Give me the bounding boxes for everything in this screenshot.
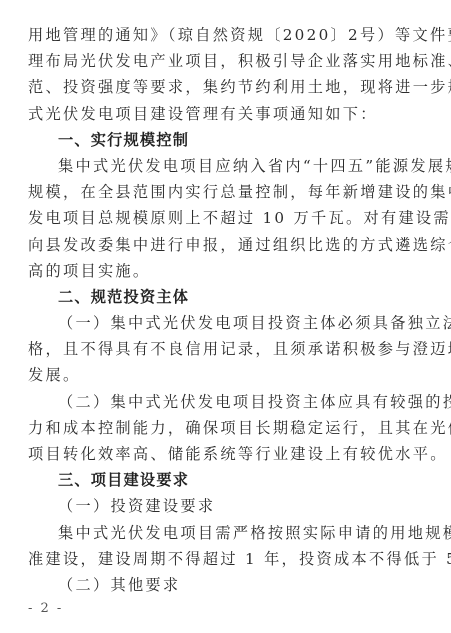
paragraph-line: 式光伏发电项目建设管理有关事项通知如下： xyxy=(28,101,423,127)
document-body: 用地管理的通知》（琼自然资规〔2020〕2号）等文件要求，合 理布局光伏发电产业… xyxy=(28,22,423,598)
subsection-heading: （一）投资建设要求 xyxy=(28,493,423,519)
paragraph-line: 范、投资强度等要求，集约节约利用土地，现将进一步规范集中 xyxy=(28,74,423,100)
paragraph-line: 理布局光伏发电产业项目，积极引导企业落实用地标准、技术规 xyxy=(28,48,423,74)
paragraph-line: 准建设，建设周期不得超过 1 年，投资成本不得低于 5 元/瓦。 xyxy=(28,546,423,572)
paragraph-line: 向县发改委集中进行申报，通过组织比选的方式遴选综合评价最 xyxy=(28,232,423,258)
document-page: 用地管理的通知》（琼自然资规〔2020〕2号）等文件要求，合 理布局光伏发电产业… xyxy=(0,0,451,633)
paragraph-line: 集中式光伏发电项目应纳入省内“十四五”能源发展规划总 xyxy=(28,153,423,179)
paragraph-line: 格，且不得具有不良信用记录，且须承诺积极参与澄迈地方经济 xyxy=(28,336,423,362)
paragraph-line: 规模，在全县范围内实行总量控制，每年新增建设的集中式光伏 xyxy=(28,179,423,205)
paragraph-line: （二）集中式光伏发电项目投资主体应具有较强的投资金实 xyxy=(28,389,423,415)
paragraph-line: （一）集中式光伏发电项目投资主体必须具备独立法人资 xyxy=(28,310,423,336)
page-number: - 2 - xyxy=(28,601,63,616)
section-heading-scale-control: 一、实行规模控制 xyxy=(28,127,423,153)
paragraph-line: 力和成本控制能力，确保项目长期稳定运行，且其在光伏设备、 xyxy=(28,415,423,441)
paragraph-line: 高的项目实施。 xyxy=(28,258,423,284)
paragraph-line: 集中式光伏发电项目需严格按照实际申请的用地规模及标 xyxy=(28,520,423,546)
paragraph-line: 项目转化效率高、储能系统等行业建设上有较优水平。 xyxy=(28,441,423,467)
section-heading-construction-requirements: 三、项目建设要求 xyxy=(28,467,423,493)
subsection-heading: （二）其他要求 xyxy=(28,572,423,598)
paragraph-line: 用地管理的通知》（琼自然资规〔2020〕2号）等文件要求，合 xyxy=(28,22,423,48)
section-heading-investment-entity: 二、规范投资主体 xyxy=(28,284,423,310)
paragraph-line: 发电项目总规模原则上不超过 10 万千瓦。对有建设需求的企业， xyxy=(28,205,423,231)
paragraph-line: 发展。 xyxy=(28,362,423,388)
